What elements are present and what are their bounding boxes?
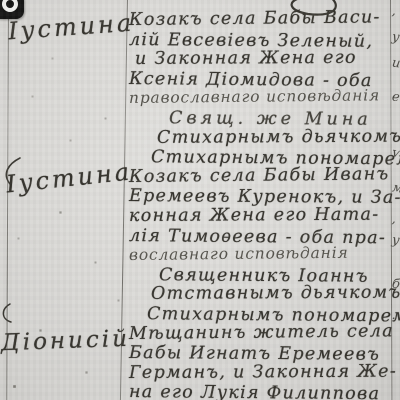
name-entry: Іустина: [7, 9, 135, 46]
margin-fragment: ,: [391, 4, 397, 19]
record-line: конная Жена его Ната-: [129, 206, 392, 227]
record-line: вославнаго исповѣданія: [129, 243, 392, 265]
record-line: Стихарнымъ дьячкомъ: [129, 127, 392, 148]
record-line: Отставнымъ дьячкомъ У: [129, 284, 392, 305]
record-text-column: Козакъ села Бабы Васи- лій Евсевіевъ Зел…: [129, 11, 392, 400]
corner-badge[interactable]: [0, 0, 24, 19]
margin-fragment: у: [391, 233, 400, 249]
record-line: на его Лукія Филиппова: [129, 383, 392, 400]
manuscript-scan: Іустина Іустина Діонисій Козакъ села Баб…: [0, 0, 400, 400]
record-line: Германъ, и Законная Же-: [129, 362, 392, 383]
margin-fragment: ѵ: [391, 145, 400, 161]
lens-icon: [2, 0, 18, 12]
record-line: православнаго исповѣданія: [129, 87, 392, 109]
margin-fragment: м: [391, 180, 400, 196]
record-line: Козакъ села Бабы Иванъ: [129, 165, 392, 187]
name-entry: Діонисій: [1, 326, 131, 356]
margin-fragment: б: [391, 277, 400, 293]
margin-fragment: у: [391, 30, 400, 46]
record-line: Мѣщанинъ житель села: [129, 322, 392, 344]
margin-fragment: и: [391, 55, 400, 71]
name-entry: Іустина: [5, 157, 133, 198]
margin-fragment: е: [391, 90, 400, 106]
margin-fragment: ,: [391, 212, 397, 227]
record-line: и Законная Жена его: [129, 49, 392, 70]
record-line: Козакъ села Бабы Васи-: [129, 8, 392, 30]
